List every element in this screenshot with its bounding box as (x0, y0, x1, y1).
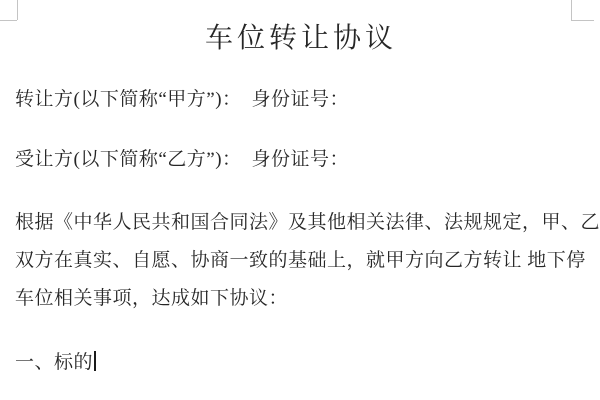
preamble-line-2: 双方在真实、自愿、协商一致的基础上，就甲方向乙方转让 地下停 (15, 242, 587, 280)
text-cursor (94, 351, 96, 371)
preamble-paragraph[interactable]: 根据《中华人民共和国合同法》及其他相关法律、法规规定，甲、乙 双方在真实、自愿、… (15, 204, 587, 318)
party-a-line[interactable]: 转让方(以下简称“甲方”)： 身份证号： (15, 87, 587, 113)
section-heading-text: 一、标的 (15, 352, 93, 373)
preamble-line-1: 根据《中华人民共和国合同法》及其他相关法律、法规规定，甲、乙 (15, 204, 587, 242)
party-b-line[interactable]: 受让方(以下简称“乙方”)： 身份证号： (15, 147, 587, 173)
document-title: 车位转让协议 (15, 22, 587, 56)
preamble-line-3: 车位相关事项，达成如下协议： (15, 280, 587, 318)
section-heading-line[interactable]: 一、标的 (15, 350, 587, 376)
document-content: 车位转让协议 转让方(以下简称“甲方”)： 身份证号： 受让方(以下简称“乙方”… (15, 0, 587, 376)
document-canvas[interactable]: 车位转让协议 转让方(以下简称“甲方”)： 身份证号： 受让方(以下简称“乙方”… (0, 0, 600, 400)
